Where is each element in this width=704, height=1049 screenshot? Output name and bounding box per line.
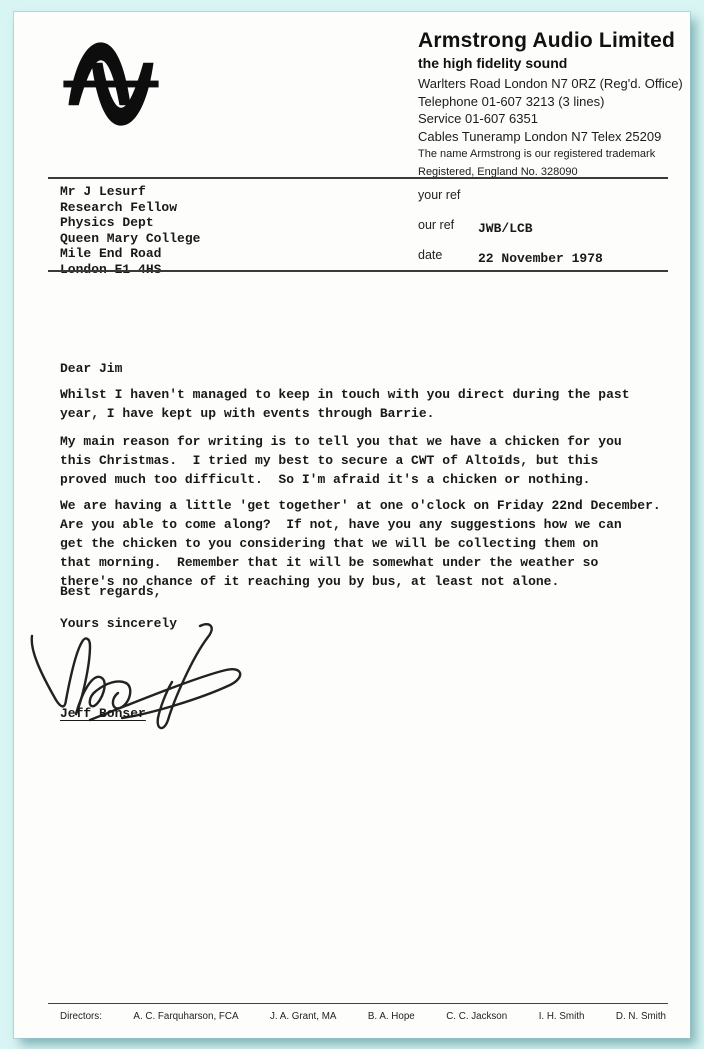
recipient-line: Mile End Road	[60, 246, 200, 262]
scanned-letter-page: { "letterhead": { "company": "Armstrong …	[0, 0, 704, 1049]
director-name: D. N. Smith	[616, 1011, 666, 1022]
director-name: A. C. Farquharson, FCA	[133, 1011, 238, 1022]
paragraph-3: We are having a little 'get together' at…	[60, 497, 670, 592]
company-name: Armstrong Audio Limited	[418, 29, 675, 53]
recipient-address: Mr J Lesurf Research Fellow Physics Dept…	[60, 184, 200, 278]
divider-footer	[48, 1003, 668, 1004]
our-ref-value: JWB/LCB	[478, 221, 533, 236]
divider-top	[48, 177, 668, 179]
director-name: C. C. Jackson	[446, 1011, 507, 1022]
divider-address	[48, 270, 668, 272]
director-name: I. H. Smith	[539, 1011, 585, 1022]
paragraph-1: Whilst I haven't managed to keep in touc…	[60, 386, 670, 424]
address-line: Warlters Road London N7 0RZ (Reg'd. Offi…	[418, 75, 683, 93]
recipient-line: Queen Mary College	[60, 231, 200, 247]
director-name: J. A. Grant, MA	[270, 1011, 336, 1022]
date-value: 22 November 1978	[478, 251, 603, 266]
our-ref-label: our ref	[418, 218, 454, 232]
paragraph-2: My main reason for writing is to tell yo…	[60, 433, 670, 490]
address-line: Telephone 01-607 3213 (3 lines)	[418, 93, 683, 111]
trademark-note: The name Armstrong is our registered tra…	[418, 148, 655, 160]
date-label: date	[418, 248, 442, 262]
address-line: Service 01-607 6351	[418, 110, 683, 128]
salutation: Dear Jim	[60, 360, 670, 379]
letter-paper: Armstrong Audio Limited the high fidelit…	[14, 12, 690, 1038]
armstrong-waveform-logo	[60, 30, 162, 138]
recipient-line: Research Fellow	[60, 200, 200, 216]
company-tagline: the high fidelity sound	[418, 55, 567, 71]
directors-label: Directors:	[60, 1011, 102, 1022]
closing-regards: Best regards,	[60, 583, 670, 602]
your-ref-label: your ref	[418, 188, 460, 202]
address-line: Cables Tuneramp London N7 Telex 25209	[418, 128, 683, 146]
director-name: B. A. Hope	[368, 1011, 415, 1022]
signatory-name: Jeff Bonser	[60, 706, 146, 721]
company-address-block: Warlters Road London N7 0RZ (Reg'd. Offi…	[418, 75, 683, 145]
recipient-line: Physics Dept	[60, 215, 200, 231]
directors-footer: Directors: A. C. Farquharson, FCA J. A. …	[48, 1011, 670, 1022]
recipient-line: Mr J Lesurf	[60, 184, 200, 200]
